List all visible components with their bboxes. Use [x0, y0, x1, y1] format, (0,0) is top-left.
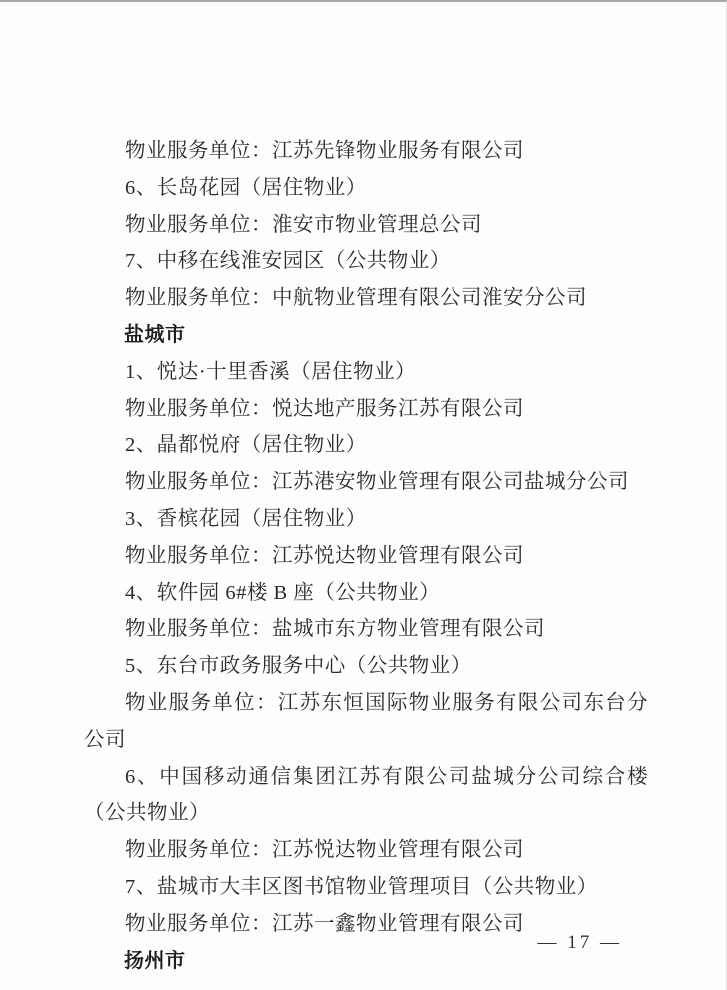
service-unit-line: 物业服务单位：江苏东恒国际物业服务有限公司东台分公司: [84, 685, 648, 759]
page-number: — 17 —: [538, 932, 623, 954]
city-header-yancheng: 盐城市: [84, 317, 648, 354]
service-unit-line: 物业服务单位：江苏港安物业管理有限公司盐城分公司: [84, 464, 648, 501]
service-unit-line: 物业服务单位：淮安市物业管理总公司: [84, 207, 648, 244]
document-page: 物业服务单位：江苏先锋物业服务有限公司 6、长岛花园（居住物业） 物业服务单位：…: [0, 0, 727, 990]
service-unit-line: 物业服务单位：江苏悦达物业管理有限公司: [84, 832, 648, 869]
project-entry-line: 4、软件园 6#楼 B 座（公共物业）: [84, 575, 648, 612]
scan-artifact: [6, 2, 20, 6]
document-text-block: 物业服务单位：江苏先锋物业服务有限公司 6、长岛花园（居住物业） 物业服务单位：…: [84, 133, 648, 979]
project-entry-line: 3、香槟花园（居住物业）: [84, 501, 648, 538]
service-unit-line: 物业服务单位：悦达地产服务江苏有限公司: [84, 391, 648, 428]
project-entry-line: 1、悦达·十里香溪（居住物业）: [84, 354, 648, 391]
service-unit-line: 物业服务单位：江苏先锋物业服务有限公司: [84, 133, 648, 170]
project-entry-line: 6、中国移动通信集团江苏有限公司盐城分公司综合楼（公共物业）: [84, 759, 648, 833]
service-unit-line: 物业服务单位：中航物业管理有限公司淮安分公司: [84, 280, 648, 317]
project-entry-line: 6、长岛花园（居住物业）: [84, 170, 648, 207]
project-entry-line: 7、盐城市大丰区图书馆物业管理项目（公共物业）: [84, 869, 648, 906]
project-entry-line: 5、东台市政务服务中心（公共物业）: [84, 648, 648, 685]
service-unit-line: 物业服务单位：江苏悦达物业管理有限公司: [84, 538, 648, 575]
project-entry-line: 7、中移在线淮安园区（公共物业）: [84, 243, 648, 280]
project-entry-line: 2、晶都悦府（居住物业）: [84, 427, 648, 464]
service-unit-line: 物业服务单位：盐城市东方物业管理有限公司: [84, 611, 648, 648]
